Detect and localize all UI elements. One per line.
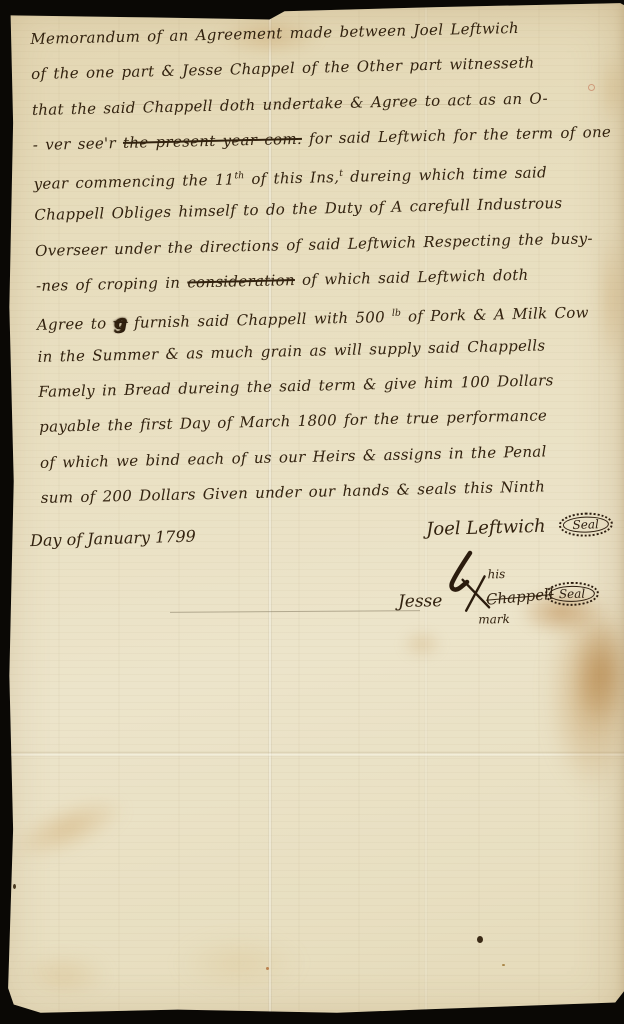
signature-jesse: Jesse xyxy=(398,591,443,612)
stain-speck xyxy=(502,964,505,966)
seal-label: Seal xyxy=(572,517,599,532)
seal-chappell: Seal xyxy=(546,582,599,605)
stain-speck xyxy=(266,967,269,970)
ink-spot xyxy=(477,936,483,943)
signature-chappell: Chappell xyxy=(485,585,554,609)
seal-leftwich: Seal xyxy=(559,513,612,536)
red-mark xyxy=(552,1,561,4)
signature-joel-leftwich: Joel Leftwich xyxy=(426,515,546,539)
document-paper: Memorandum of an Agreement made between … xyxy=(0,0,624,1024)
mark-label-mark: mark xyxy=(478,612,510,627)
seal-label: Seal xyxy=(559,587,586,601)
red-ring-speck xyxy=(588,84,595,91)
second-signature-group: Jesse his Chappell mark Seal xyxy=(397,568,618,634)
manuscript-body-text: Memorandum of an Agreement made between … xyxy=(30,9,623,516)
date-line: Day of January 1799 xyxy=(30,526,196,550)
ink-speck xyxy=(13,884,16,889)
first-signature-group: Joel Leftwich Seal xyxy=(426,513,612,540)
